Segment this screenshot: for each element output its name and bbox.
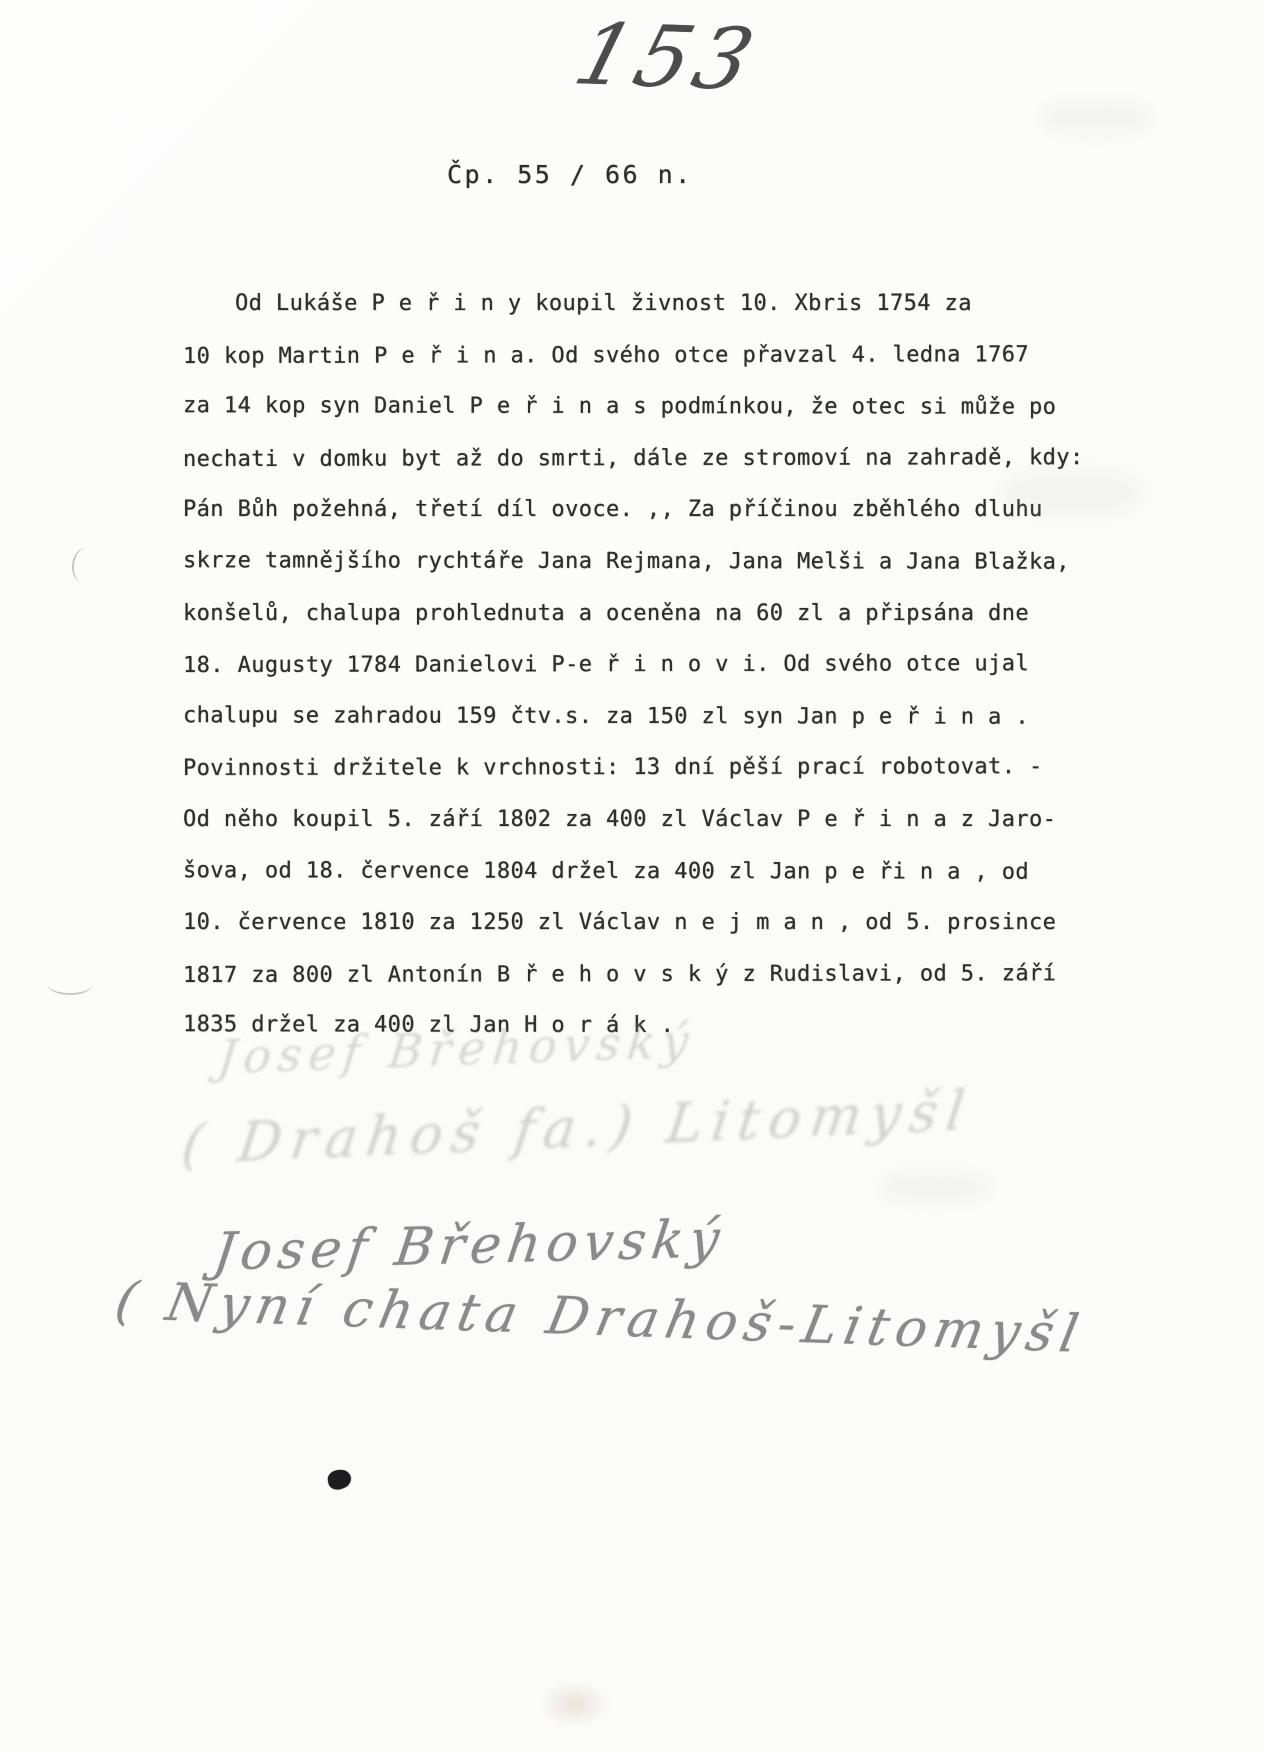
paper-smudge [540, 1680, 610, 1728]
typed-line: 10 kop Martin P e ř i n a. Od svého otce… [183, 329, 1143, 383]
handwritten-signature: Josef Břehovský [210, 1209, 729, 1283]
typed-line: šova, od 18. července 1804 držel za 400 … [183, 845, 1143, 898]
scan-noise [1040, 100, 1150, 136]
typed-line: nechati v domku byt až do smrti, dále ze… [183, 432, 1143, 486]
typed-line: Pán Bůh požehná, třetí díl ovoce. ,, Za … [183, 484, 1143, 536]
scanned-document-page: 153 Čp. 55 / 66 n. Od Lukáše P e ř i n y… [0, 0, 1264, 1752]
ink-blot-mark [326, 1468, 352, 1491]
document-title: Čp. 55 / 66 n. [447, 160, 693, 189]
margin-pen-stroke [70, 546, 98, 583]
typed-line: 18. Augusty 1784 Danielovi P-e ř i n o v… [183, 638, 1143, 692]
handwritten-faint-note: ( Drahoš fa.) Litomyšl [178, 1079, 977, 1177]
handwritten-chata-note: ( Nyní chata Drahoš-Litomyšl [110, 1271, 1089, 1364]
typed-line: Od něho koupil 5. září 1802 za 400 zl Vá… [183, 794, 1143, 846]
scan-noise [880, 1170, 990, 1204]
typed-line: za 14 kop syn Daniel P e ř i n a s podmí… [183, 380, 1143, 433]
typed-line: 1817 za 800 zl Antonín B ř e h o v s k ý… [183, 948, 1143, 1002]
typed-line: Povinnosti držitele k vrchnosti: 13 dní … [183, 741, 1143, 795]
typed-line: 10. července 1810 za 1250 zl Václav n e … [183, 897, 1143, 949]
scan-noise [1000, 470, 1140, 516]
margin-pen-stroke [48, 975, 92, 995]
typed-line: konšelů, chalupa prohlednuta a oceněna n… [183, 588, 1143, 640]
typed-line: Od Lukáše P e ř i n y koupil živnost 10.… [183, 278, 1143, 330]
typed-line: chalupu se zahradou 159 čtv.s. za 150 zl… [183, 690, 1143, 743]
handwritten-page-number: 153 [565, 5, 770, 109]
typed-line: skrze tamnějšího rychtáře Jana Rejmana, … [183, 535, 1143, 588]
typed-paragraph: Od Lukáše P e ř i n y koupil živnost 10.… [183, 278, 1143, 1052]
